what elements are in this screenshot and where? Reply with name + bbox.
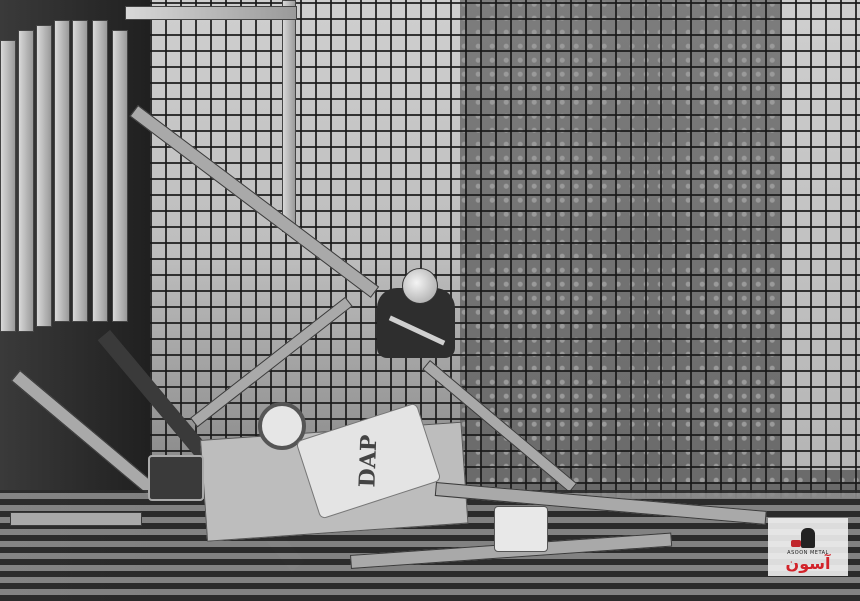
timber-plank: [112, 30, 128, 322]
timber-plank: [54, 20, 70, 322]
power-tool: [148, 455, 204, 501]
vertical-post: [282, 0, 296, 232]
hardhat: [402, 268, 438, 304]
logo-text: آسون: [786, 556, 831, 572]
construction-photo: DAP ASOON METAL آسون: [0, 0, 860, 601]
floor-board: [10, 512, 142, 526]
reflective-stripe: [389, 316, 445, 346]
top-beam: [125, 6, 297, 20]
bucket: [494, 506, 548, 552]
timber-plank: [18, 30, 34, 332]
timber-plank: [92, 20, 108, 322]
timber-plank: [0, 40, 16, 332]
timber-plank: [72, 20, 88, 322]
construction-worker: [372, 268, 462, 363]
blacksmith-icon: [801, 528, 815, 548]
timber-plank: [36, 25, 52, 327]
watermark-logo: ASOON METAL آسون: [768, 518, 848, 576]
sack-label: DAP: [355, 434, 383, 488]
